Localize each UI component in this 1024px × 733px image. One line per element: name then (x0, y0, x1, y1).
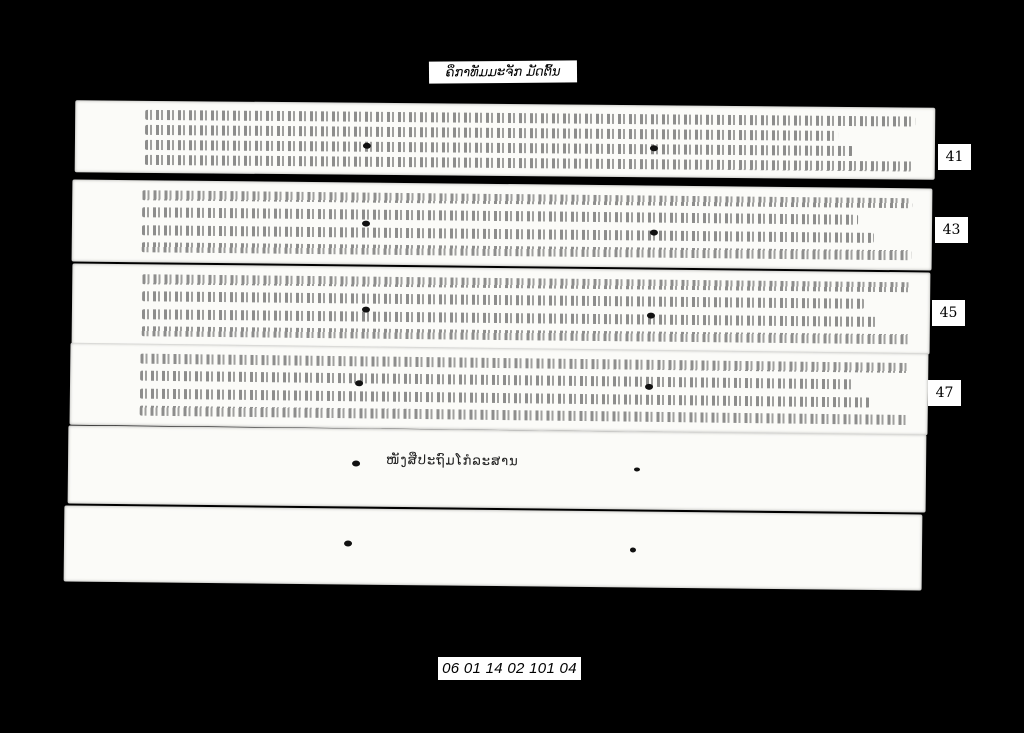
page-number-tag: 45 (932, 300, 965, 326)
binding-hole (362, 307, 370, 313)
page-number-tag: 43 (935, 217, 968, 243)
palm-leaf-3 (72, 264, 931, 355)
binding-hole (355, 380, 363, 386)
leaf-title-text: ໜັງສືປະຖົມໂກໍລະສານ (386, 453, 519, 469)
page-number-tag: 41 (938, 144, 971, 170)
palm-leaf-4 (70, 343, 929, 435)
binding-hole (645, 384, 653, 390)
script-lines (145, 107, 915, 174)
palm-leaf-blank (64, 506, 923, 591)
palm-leaf-2 (72, 179, 933, 270)
binding-hole (630, 547, 636, 552)
page-number-tag: 47 (928, 380, 961, 406)
catalog-id-label: 06 01 14 02 101 04 (438, 657, 581, 680)
binding-hole (344, 540, 352, 546)
binding-hole (362, 221, 370, 227)
binding-hole (634, 467, 640, 471)
binding-hole (352, 460, 360, 466)
binding-hole (647, 313, 655, 319)
binding-hole (363, 143, 371, 149)
script-lines (140, 350, 909, 429)
manuscript-title-label: ຄຶກາທັມມະຈັກ ມັດຕົ້ນ (429, 60, 577, 83)
script-lines (142, 270, 911, 348)
palm-leaf-1 (75, 100, 936, 180)
palm-leaf-title: ໜັງສືປະຖົມໂກໍລະສານ (68, 426, 927, 513)
binding-hole (650, 230, 658, 236)
script-lines (142, 186, 913, 264)
binding-hole (650, 145, 658, 151)
